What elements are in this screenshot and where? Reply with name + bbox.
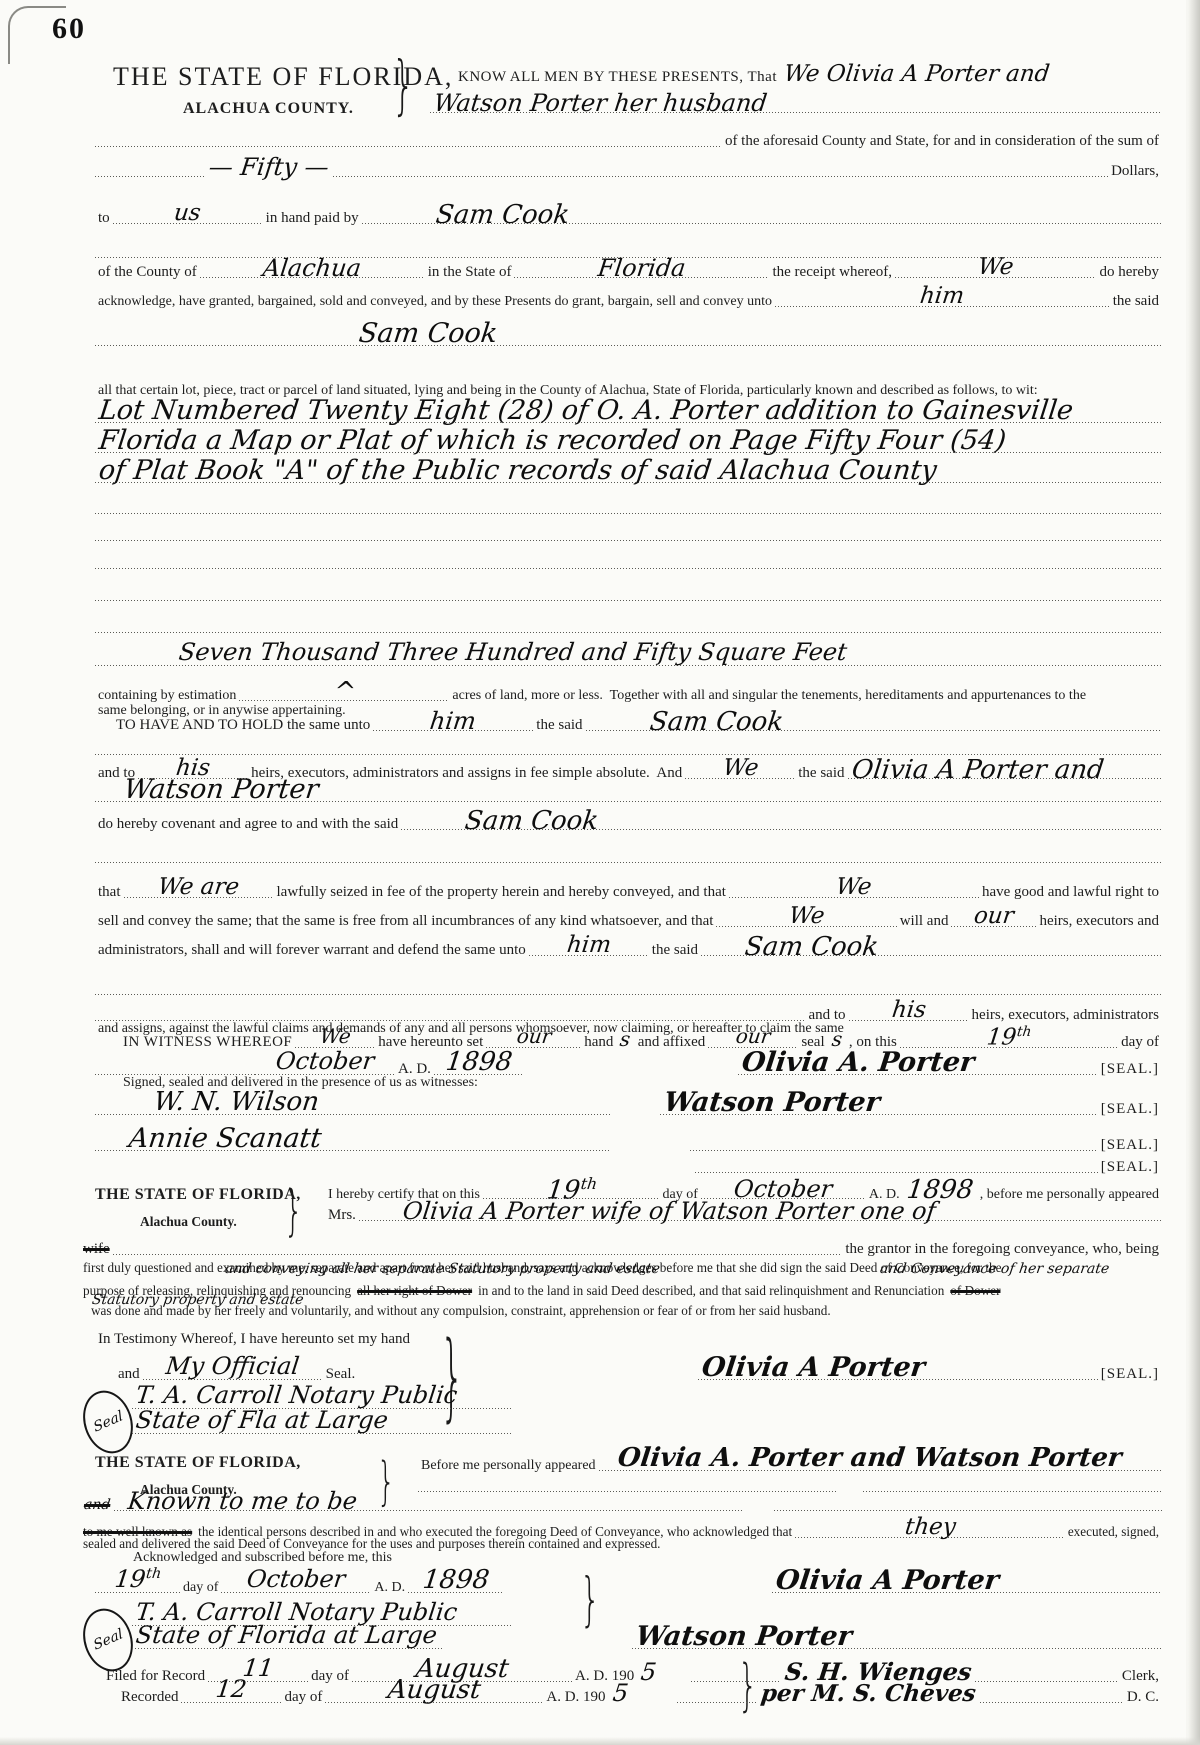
printed-text: A. D. <box>371 1580 408 1596</box>
dotted-field: Olivia A Porter <box>698 1354 1098 1380</box>
handwritten-grantors: Watson Porter her husband <box>429 91 773 115</box>
form-row <box>95 547 1162 579</box>
dotted-line <box>1132 1567 1162 1593</box>
handwritten-day-19th: 19th <box>109 1567 166 1591</box>
dotted-field: Watson Porter <box>632 1623 962 1649</box>
dotted-line <box>95 579 1162 601</box>
printed-text: acknowledge, have granted, bargained, so… <box>95 294 775 310</box>
form-row: — Fifty — Dollars, <box>95 155 1162 187</box>
dotted-field: My Official <box>143 1354 323 1380</box>
handwritten-notary-state: State of Florida at Large <box>131 1623 443 1647</box>
form-row: 19th day of October A. D. 1898 Olivia A … <box>95 1567 1162 1599</box>
dotted-field: We <box>729 876 979 898</box>
dotted-field: Watson Porter <box>660 1089 1020 1115</box>
printed-text: lawfully seized in fee of the property h… <box>274 884 729 901</box>
dotted-line <box>1020 1089 1098 1115</box>
dotted-field: Florida <box>514 256 769 278</box>
dotted-line <box>95 733 1162 755</box>
notary-state-title: THE STATE OF FLORIDA, <box>95 1186 301 1204</box>
printed-text: KNOW ALL MEN BY THESE PRESENTS, That <box>455 69 780 86</box>
dotted-field: 1898 <box>408 1567 503 1593</box>
printed-text: heirs, executors and <box>1036 913 1162 930</box>
dotted-line <box>95 1125 125 1151</box>
handwritten-month: October <box>242 1567 351 1591</box>
dotted-field: We are <box>124 876 274 898</box>
form-row: Watson Porter <box>95 776 1162 808</box>
form-row: State of Fla at Large <box>132 1408 1162 1440</box>
handwritten-year: 1898 <box>417 1567 494 1593</box>
day-number: 19 <box>113 1565 147 1593</box>
dotted-field: 12 <box>181 1677 281 1703</box>
printed-text: was done and made by her freely and volu… <box>88 1303 834 1319</box>
handwritten-him: him <box>425 709 482 733</box>
printed-text: Dollars, <box>1108 163 1162 180</box>
day-suffix: th <box>145 1566 162 1582</box>
handwritten-known: Known to me to be <box>123 1489 363 1513</box>
seal-label: [SEAL.] <box>1098 1159 1162 1176</box>
printed-text: TO HAVE AND TO HOLD the same unto <box>113 717 373 734</box>
handwritten-insertion: and Conveyance of her separate <box>879 1261 1110 1277</box>
printed-text: A. D. 190 <box>543 1689 608 1706</box>
handwritten-grantee: Sam Cook <box>353 320 503 347</box>
county-title: ALACHUA COUNTY. <box>183 100 354 118</box>
dotted-field: 19th <box>483 1177 659 1199</box>
dotted-field: Sam Cook <box>586 709 1162 731</box>
dotted-field: We <box>295 1026 375 1048</box>
signature-olivia-porter: Olivia A Porter <box>770 1567 1004 1594</box>
handwritten-insertion: and conveying all her separate Statutory… <box>224 1261 661 1277</box>
handwritten-year-digit: 5 <box>607 1681 633 1705</box>
dotted-line <box>95 155 205 177</box>
dotted-line <box>677 1677 757 1703</box>
handwritten-day: 12 <box>211 1677 252 1701</box>
form-row: acknowledge, have granted, bargained, so… <box>95 285 1162 317</box>
printed-text: in hand paid by <box>263 210 362 227</box>
signature-watson-porter: Watson Porter <box>658 1089 885 1116</box>
dotted-field: Lot Numbered Twenty Eight (28) of O. A. … <box>95 397 1162 423</box>
handwritten-plural-s: s <box>615 1029 636 1049</box>
dotted-line <box>980 1677 1124 1703</box>
dotted-field: Sam Cook <box>362 202 1162 224</box>
printed-text: the said <box>649 942 701 959</box>
printed-text: will and <box>897 913 952 930</box>
handwritten-grantors: We Olivia A Porter and <box>779 63 1055 86</box>
dotted-line <box>690 1125 1098 1151</box>
dotted-field: We <box>895 256 1096 278</box>
printed-text: to <box>95 210 113 227</box>
dotted-field: Alachua <box>200 256 425 278</box>
printed-text: of the aforesaid County and State, for a… <box>722 133 1162 150</box>
dotted-field: 19th <box>900 1026 1118 1048</box>
handwritten-we: We <box>973 256 1019 279</box>
dotted-line <box>333 155 1108 177</box>
printed-text: Mrs. <box>325 1207 359 1224</box>
printed-text: the said <box>533 717 585 734</box>
handwritten-month: August <box>382 1677 486 1703</box>
printed-text: that <box>95 884 124 901</box>
handwritten-him: him <box>561 934 616 957</box>
printed-text: D. C. <box>1124 1689 1162 1706</box>
handwritten-our: our <box>511 1026 556 1046</box>
handwritten-struck-word: and <box>79 1498 115 1512</box>
printed-text: do hereby <box>1096 264 1162 281</box>
form-row: Watson Porter her husband <box>430 91 1162 123</box>
brace-icon <box>284 1184 303 1238</box>
dotted-field: us <box>113 202 263 224</box>
handwritten-amount: — Fifty — <box>204 155 335 179</box>
dotted-field: Watson Porter her husband <box>430 91 1162 113</box>
printed-text: Recorded <box>118 1689 181 1706</box>
handwritten-grantee: Sam Cook <box>644 709 788 735</box>
printed-text: have good and lawful right to <box>979 884 1162 901</box>
scan-right-edge <box>1186 0 1200 1745</box>
printed-text: administrators, shall and will forever w… <box>95 942 529 959</box>
signature-olivia-porter: Olivia A Porter <box>696 1354 930 1381</box>
seal-label: [SEAL.] <box>1098 1101 1162 1118</box>
dotted-field: Olivia A Porter wife of Watson Porter on… <box>359 1199 1162 1221</box>
form-row: W. N. Wilson Watson Porter [SEAL.] <box>95 1089 1162 1121</box>
handwritten-payer: Sam Cook <box>430 202 574 228</box>
form-row: sell and convey the same; that the same … <box>95 905 1162 937</box>
dotted-field: We <box>716 905 896 927</box>
form-row <box>95 579 1162 611</box>
printed-text: do hereby covenant and agree to and with… <box>95 816 401 833</box>
dotted-field: Olivia A. Porter and Watson Porter <box>599 1445 1162 1471</box>
dotted-line <box>95 125 722 147</box>
handwritten-we: We <box>831 876 877 899</box>
dotted-field: October <box>701 1177 866 1199</box>
handwritten-our: our <box>969 905 1019 928</box>
form-row: of Plat Book "A" of the Public records o… <box>95 457 1162 489</box>
dotted-field: August <box>325 1677 543 1703</box>
handwritten-watson: Watson Porter <box>118 776 324 803</box>
day-suffix: th <box>1016 1024 1032 1040</box>
dotted-field: W. N. Wilson <box>150 1089 610 1115</box>
signature-deputy-clerk: per M. S. Cheves <box>755 1682 981 1705</box>
printed-text: sell and convey the same; that the same … <box>95 913 716 930</box>
dotted-line <box>95 547 1162 569</box>
dotted-line <box>695 1151 1098 1173</box>
printed-text: Acknowledged and subscribed before me, t… <box>130 1550 395 1566</box>
dotted-field: him <box>529 934 649 956</box>
form-row: Seven Thousand Three Hundred and Fifty S… <box>95 640 1162 672</box>
handwritten-county: Alachua <box>258 256 367 280</box>
printed-text: day of <box>180 1580 221 1596</box>
scan-bottom-edge <box>0 1737 1200 1745</box>
dotted-field: 19th <box>95 1567 180 1593</box>
form-row: to us in hand paid by Sam Cook <box>95 202 1162 234</box>
seal-doodle-text: Seal <box>88 1407 128 1436</box>
handwritten-appeared: Olivia A Porter wife of Watson Porter on… <box>397 1199 941 1223</box>
signature-witness-wilson: W. N. Wilson <box>148 1089 324 1115</box>
handwritten-description: Lot Numbered Twenty Eight (28) of O. A. … <box>93 397 1078 424</box>
dotted-field: our <box>708 1026 798 1048</box>
form-row: do hereby covenant and agree to and with… <box>95 808 1162 840</box>
handwritten-our: our <box>731 1026 776 1046</box>
dotted-field: him <box>373 709 533 731</box>
form-row: In Testimony Whereof, I have hereunto se… <box>95 1323 1162 1355</box>
handwritten-day-19th: 19th <box>982 1026 1037 1050</box>
dotted-line <box>774 1489 1162 1511</box>
dotted-field: Watson Porter <box>95 776 1162 802</box>
dotted-line <box>962 1623 1162 1649</box>
printed-text: In Testimony Whereof, I have hereunto se… <box>95 1331 413 1348</box>
dotted-field: October <box>221 1567 371 1593</box>
form-row: administrators, shall and will forever w… <box>95 934 1162 966</box>
handwritten-description: of Plat Book "A" of the Public records o… <box>93 457 942 484</box>
seal-doodle-text: Seal <box>88 1625 128 1654</box>
deed-record-page: 60 THE STATE OF FLORIDA, ALACHUA COUNTY.… <box>0 0 1200 1745</box>
dotted-field: of Plat Book "A" of the Public records o… <box>95 457 1162 483</box>
handwritten-plural-s: s <box>826 1029 847 1049</box>
dotted-field: Seven Thousand Three Hundred and Fifty S… <box>95 640 1162 666</box>
day-number: 19 <box>986 1025 1018 1051</box>
handwritten-notary-state: State of Fla at Large <box>131 1408 394 1432</box>
dotted-field: Florida a Map or Plat of which is record… <box>95 427 1162 453</box>
dotted-field: Olivia A Porter <box>772 1567 1132 1593</box>
dotted-line <box>95 492 1162 514</box>
signature-witness-scanatt: Annie Scanatt <box>123 1125 327 1152</box>
handwritten-area: Seven Thousand Three Hundred and Fifty S… <box>174 640 853 664</box>
dotted-line <box>95 519 1162 541</box>
dotted-field: him <box>775 285 1110 307</box>
handwritten-we: We <box>783 905 829 928</box>
handwritten-grantee: Sam Cook <box>460 808 604 834</box>
dotted-field: Annie Scanatt <box>125 1125 610 1151</box>
handwritten-him: him <box>915 285 970 308</box>
dotted-field: our <box>486 1026 581 1048</box>
dotted-field: State of Florida at Large <box>132 1623 442 1649</box>
handwritten-grantee: Sam Cook <box>739 934 883 960</box>
form-row: Recorded 12 day of August A. D. 1905 per… <box>118 1677 1162 1709</box>
form-row: State of Florida at Large Watson Porter <box>132 1623 1162 1655</box>
notary-state-title: THE STATE OF FLORIDA, <box>95 1454 301 1472</box>
printed-text: day of <box>281 1689 325 1706</box>
signature-appeared: Olivia A. Porter and Watson Porter <box>612 1445 1127 1471</box>
dotted-line <box>95 611 1162 633</box>
dotted-field: Sam Cook <box>401 808 1162 830</box>
handwritten-we: We <box>315 1026 356 1046</box>
page-number: 60 <box>52 12 86 46</box>
seal-label: [SEAL.] <box>1098 1366 1162 1383</box>
handwritten-description: Florida a Map or Plat of which is record… <box>93 427 1011 454</box>
dotted-line <box>95 841 1162 863</box>
dotted-field: Sam Cook <box>95 320 1162 346</box>
dotted-field: Sam Cook <box>701 934 1162 956</box>
printed-text: the receipt whereof, <box>769 264 895 281</box>
handwritten-us: us <box>169 202 206 225</box>
form-row: Sam Cook <box>95 320 1162 352</box>
signature-watson-porter: Watson Porter <box>630 1623 857 1650</box>
printed-text: of the County of <box>95 264 200 281</box>
dotted-line <box>95 973 1162 995</box>
form-row <box>95 841 1162 873</box>
brace-icon <box>392 54 414 118</box>
form-row: of the County of Alachua in the State of… <box>95 256 1162 288</box>
handwritten-state: Florida <box>593 256 692 280</box>
dotted-line <box>95 1089 150 1115</box>
dotted-field: State of Fla at Large <box>132 1408 512 1434</box>
notary-county-title: Alachua County. <box>140 1214 237 1230</box>
day-suffix: th <box>579 1175 598 1193</box>
printed-text: in the State of <box>425 264 515 281</box>
dotted-field: our <box>951 905 1036 927</box>
handwritten-my-official: My Official <box>161 1354 305 1378</box>
form-row: Mrs. Olivia A Porter wife of Watson Port… <box>325 1199 1162 1231</box>
signature-notary: T. A. Carroll Notary Public <box>131 1383 463 1407</box>
printed-text: the said <box>1110 293 1162 310</box>
dotted-field: Known to me to be <box>114 1489 744 1511</box>
handwritten-we-are: We are <box>153 876 245 899</box>
